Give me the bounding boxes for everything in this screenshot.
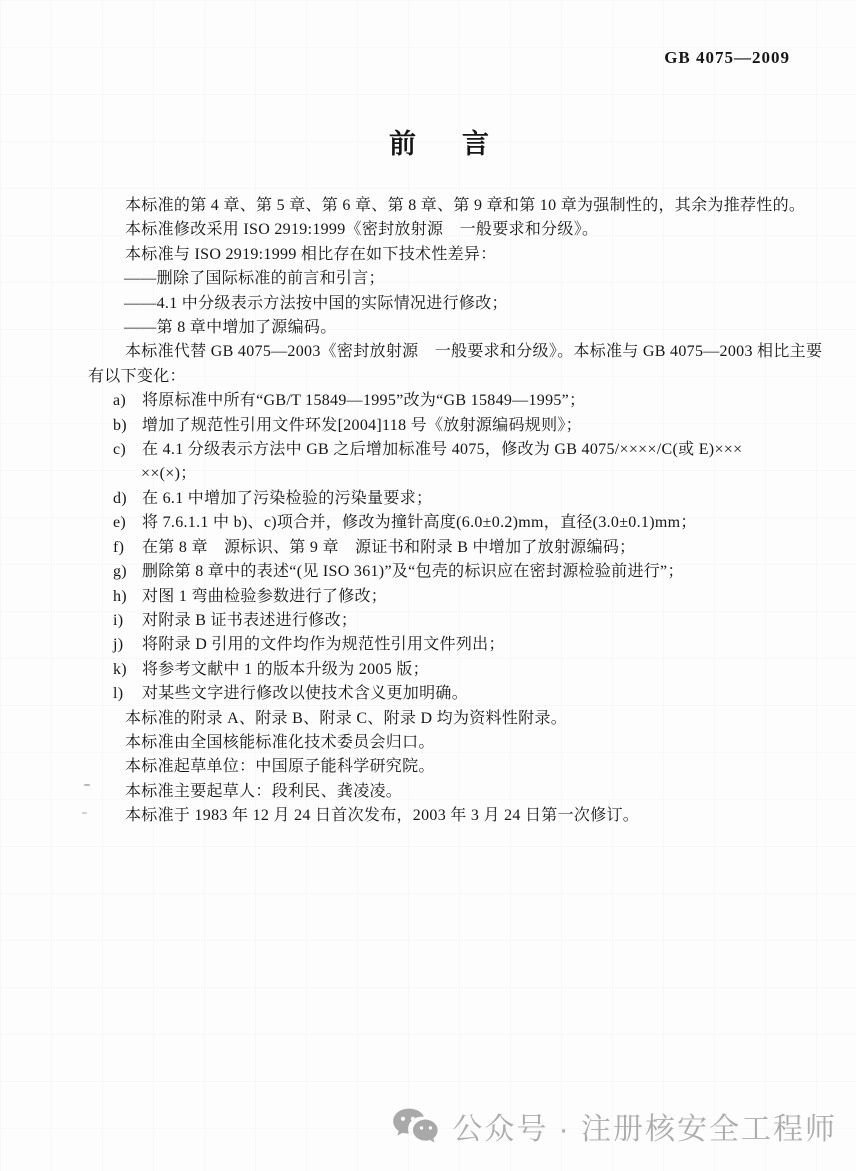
document-body: 本标准的第 4 章、第 5 章、第 6 章、第 8 章、第 9 章和第 10 章… xyxy=(88,194,798,829)
list-item-label: d) xyxy=(113,487,142,511)
page-title-char: 言 xyxy=(462,122,489,161)
wechat-watermark: 公众号 · 注册核安全工程师 xyxy=(392,1104,837,1148)
text-line-content: ——4.1 中分级表示方法按中国的实际情况进行修改； xyxy=(124,295,508,312)
text-line: 本标准主要起草人：段利民、龚凌凌。 xyxy=(88,780,798,804)
text-line: ——第 8 章中增加了源编码。 xyxy=(88,316,798,340)
text-line-content: 在 6.1 中增加了污染检验的污染量要求； xyxy=(142,490,432,507)
wechat-icon xyxy=(392,1106,440,1146)
page-title-char: 前 xyxy=(389,122,416,161)
text-line-content: 将附录 D 引用的文件均作为规范性引用文件列出； xyxy=(142,636,505,653)
text-line-content: 本标准代替 GB 4075—2003《密封放射源 一般要求和分级》。本标准与 G… xyxy=(125,343,822,360)
text-line: ——删除了国际标准的前言和引言； xyxy=(88,267,798,291)
text-line-content: 在第 8 章 源标识、第 9 章 源证书和附录 B 中增加了放射源编码； xyxy=(142,539,635,556)
text-line-content: 将原标准中所有“GB/T 15849—1995”改为“GB 15849—1995… xyxy=(142,392,585,409)
text-line: h)对图 1 弯曲检验参数进行了修改； xyxy=(88,585,798,609)
text-line: g)删除第 8 章中的表述“(见 ISO 361)”及“包壳的标识应在密封源检验… xyxy=(88,560,798,584)
list-item-label: i) xyxy=(113,609,142,633)
text-line-content: 对某些文字进行修改以使技术含义更加明确。 xyxy=(142,685,468,702)
text-line-content: 本标准于 1983 年 12 月 24 日首次发布，2003 年 3 月 24 … xyxy=(125,807,639,824)
list-item-label: e) xyxy=(113,511,142,535)
text-line-content: 本标准与 ISO 2919:1999 相比存在如下技术性差异： xyxy=(125,246,497,263)
list-item-label: h) xyxy=(113,585,142,609)
text-line-content: 在 4.1 分级表示方法中 GB 之后增加标准号 4075，修改为 GB 407… xyxy=(142,441,742,458)
text-line: b)增加了规范性引用文件环发[2004]118 号《放射源编码规则》； xyxy=(88,414,798,438)
list-item-label: l) xyxy=(113,682,142,706)
text-line: 本标准代替 GB 4075—2003《密封放射源 一般要求和分级》。本标准与 G… xyxy=(88,340,798,364)
text-line-content: 增加了规范性引用文件环发[2004]118 号《放射源编码规则》； xyxy=(142,417,582,434)
watermark-text: 公众号 · 注册核安全工程师 xyxy=(452,1104,837,1148)
text-line: a)将原标准中所有“GB/T 15849—1995”改为“GB 15849—19… xyxy=(88,389,798,413)
scan-artifact-mark xyxy=(84,784,90,786)
scanned-page-background: GB 4075—2009 前 言 本标准的第 4 章、第 5 章、第 6 章、第… xyxy=(0,0,856,1171)
text-line: ××(×)； xyxy=(88,462,798,486)
text-line-content: 有以下变化： xyxy=(88,368,186,385)
text-line-content: 本标准的附录 A、附录 B、附录 C、附录 D 均为资料性附录。 xyxy=(125,710,567,727)
text-line: l)对某些文字进行修改以使技术含义更加明确。 xyxy=(88,682,798,706)
list-item-label: b) xyxy=(113,414,142,438)
list-item-label: f) xyxy=(113,536,142,560)
text-line: 本标准的第 4 章、第 5 章、第 6 章、第 8 章、第 9 章和第 10 章… xyxy=(88,194,798,218)
text-line-content: ——删除了国际标准的前言和引言； xyxy=(124,270,385,287)
text-line-content: 本标准由全国核能标准化技术委员会归口。 xyxy=(125,734,435,751)
list-item-label: k) xyxy=(113,658,142,682)
text-line-content: 本标准修改采用 ISO 2919:1999《密封放射源 一般要求和分级》。 xyxy=(125,221,598,238)
text-line-content: 将参考文献中 1 的版本升级为 2005 版； xyxy=(142,661,429,678)
text-line: 本标准由全国核能标准化技术委员会归口。 xyxy=(88,731,798,755)
text-line: f)在第 8 章 源标识、第 9 章 源证书和附录 B 中增加了放射源编码； xyxy=(88,536,798,560)
list-item-label: j) xyxy=(113,633,142,657)
text-line: 本标准起草单位：中国原子能科学研究院。 xyxy=(88,755,798,779)
text-line-content: 对图 1 弯曲检验参数进行了修改； xyxy=(142,588,387,605)
standard-number-header: GB 4075—2009 xyxy=(664,48,790,68)
list-item-label: a) xyxy=(113,389,142,413)
text-line: 本标准于 1983 年 12 月 24 日首次发布，2003 年 3 月 24 … xyxy=(88,804,798,828)
text-line-content: 将 7.6.1.1 中 b)、c)项合并，修改为撞针高度(6.0±0.2)mm，… xyxy=(142,514,697,531)
text-line-content: 本标准主要起草人：段利民、龚凌凌。 xyxy=(125,783,402,800)
text-line: c)在 4.1 分级表示方法中 GB 之后增加标准号 4075，修改为 GB 4… xyxy=(88,438,798,462)
text-line-content: ××(×)； xyxy=(141,465,197,482)
text-line: 本标准与 ISO 2919:1999 相比存在如下技术性差异： xyxy=(88,243,798,267)
text-line: 本标准的附录 A、附录 B、附录 C、附录 D 均为资料性附录。 xyxy=(88,707,798,731)
text-line-content: 对附录 B 证书表述进行修改； xyxy=(142,612,357,629)
page-title: 前 言 xyxy=(88,122,790,161)
text-line-content: 本标准起草单位：中国原子能科学研究院。 xyxy=(125,758,435,775)
text-line: 有以下变化： xyxy=(88,365,798,389)
text-line: 本标准修改采用 ISO 2919:1999《密封放射源 一般要求和分级》。 xyxy=(88,218,798,242)
text-line: d)在 6.1 中增加了污染检验的污染量要求； xyxy=(88,487,798,511)
text-line-content: 删除第 8 章中的表述“(见 ISO 361)”及“包壳的标识应在密封源检验前进… xyxy=(142,563,684,580)
list-item-label: c) xyxy=(113,438,142,462)
scan-artifact-mark xyxy=(82,812,87,814)
text-line-content: 本标准的第 4 章、第 5 章、第 6 章、第 8 章、第 9 章和第 10 章… xyxy=(125,197,805,214)
text-line: k)将参考文献中 1 的版本升级为 2005 版； xyxy=(88,658,798,682)
text-line: i)对附录 B 证书表述进行修改； xyxy=(88,609,798,633)
text-line-content: ——第 8 章中增加了源编码。 xyxy=(124,319,337,336)
text-line: j)将附录 D 引用的文件均作为规范性引用文件列出； xyxy=(88,633,798,657)
list-item-label: g) xyxy=(113,560,142,584)
text-line: e)将 7.6.1.1 中 b)、c)项合并，修改为撞针高度(6.0±0.2)m… xyxy=(88,511,798,535)
text-line: ——4.1 中分级表示方法按中国的实际情况进行修改； xyxy=(88,292,798,316)
